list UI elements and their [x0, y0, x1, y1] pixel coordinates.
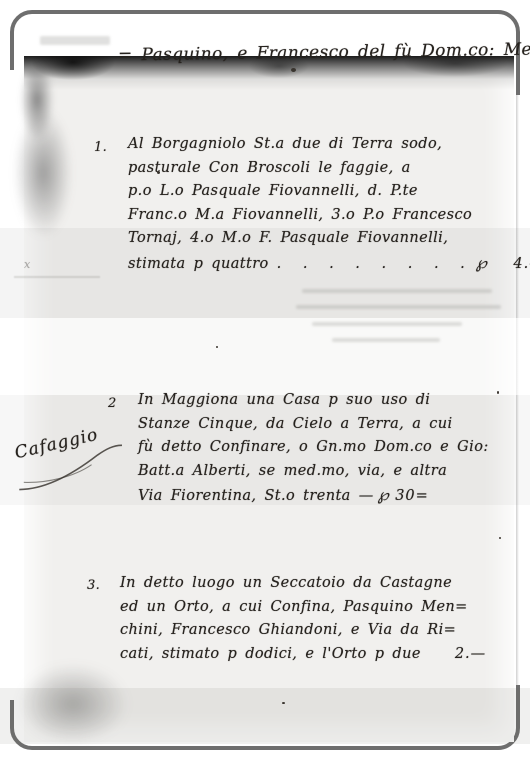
ink-speck [291, 68, 296, 72]
entry-line: In detto luogo un Seccatoio da Castagne [120, 572, 486, 596]
currency-mark: ℘ [378, 485, 390, 504]
entry-line: cati, stimato p dodici, e l'Orto p due [120, 646, 421, 662]
entry-value: 4.— [513, 256, 530, 272]
dot-leader: . . . . . . . . [277, 256, 472, 272]
entry-valuation-line: stimata p quattro. . . . . . . .℘4.— [128, 251, 530, 277]
scan-washout-left [0, 70, 27, 700]
entry-3: In detto luogo un Seccatoio da Castagne … [120, 572, 486, 666]
entry-line: Al Borgagniolo St.a due di Terra sodo, [128, 133, 530, 157]
entry-line: Stanze Cinque, da Cielo a Terra, a cui [138, 413, 489, 437]
currency-mark: ℘ [476, 253, 488, 272]
entry-line: Via Fiorentina, St.o trenta — [138, 488, 374, 504]
entry-valuation-line: Via Fiorentina, St.o trenta —℘30= [138, 483, 489, 509]
bleedthrough-mark [40, 36, 110, 45]
bleedthrough-line [296, 305, 501, 309]
scanned-document: = Pasquino, e Francesco del fù Dom.co: M… [0, 0, 530, 760]
bleedthrough-line [332, 338, 440, 342]
entry-number: 2 [108, 396, 117, 411]
entry-valuation-line: cati, stimato p dodici, e l'Orto p due2.… [120, 643, 486, 667]
entry-line: Tornaj, 4.o M.o F. Pasquale Fiovannelli, [128, 227, 530, 251]
entry-line: Franc.o M.a Fiovannelli, 3.o P.o Frances… [128, 204, 530, 228]
entry-number: 3. [87, 578, 100, 593]
ink-speck [157, 171, 160, 174]
ink-speck [282, 702, 285, 704]
entry-number: 1. [94, 140, 107, 155]
entry-value: 2.— [455, 646, 486, 662]
entry-line: pasturale Con Broscoli le faggie, a [128, 157, 530, 181]
ink-speck [497, 391, 499, 394]
margin-scratch-line [14, 276, 100, 278]
entry-line: chini, Francesco Ghiandoni, e Via da Ri= [120, 619, 486, 643]
entry-1: Al Borgagniolo St.a due di Terra sodo, p… [128, 133, 530, 276]
entry-line: p.o L.o Pasquale Fiovannelli, d. P.te [128, 180, 530, 204]
margin-cross-mark: x [24, 258, 31, 271]
entry-line: stimata p quattro [128, 256, 269, 272]
ink-speck [499, 537, 501, 539]
entry-line: Batt.a Alberti, se med.mo, via, e altra [138, 460, 489, 484]
entry-line: fù detto Confinare, o Gn.mo Dom.co e Gio… [138, 436, 489, 460]
bleedthrough-line [312, 322, 462, 326]
entry-line: ed un Orto, a cui Confina, Pasquino Men= [120, 596, 486, 620]
entry-line: In Maggiona una Casa p suo uso di [138, 389, 489, 413]
ink-speck [216, 346, 218, 348]
bleedthrough-line [302, 289, 492, 293]
entry-2: In Maggiona una Casa p suo uso di Stanze… [138, 389, 489, 509]
entry-value: 30= [395, 488, 429, 504]
